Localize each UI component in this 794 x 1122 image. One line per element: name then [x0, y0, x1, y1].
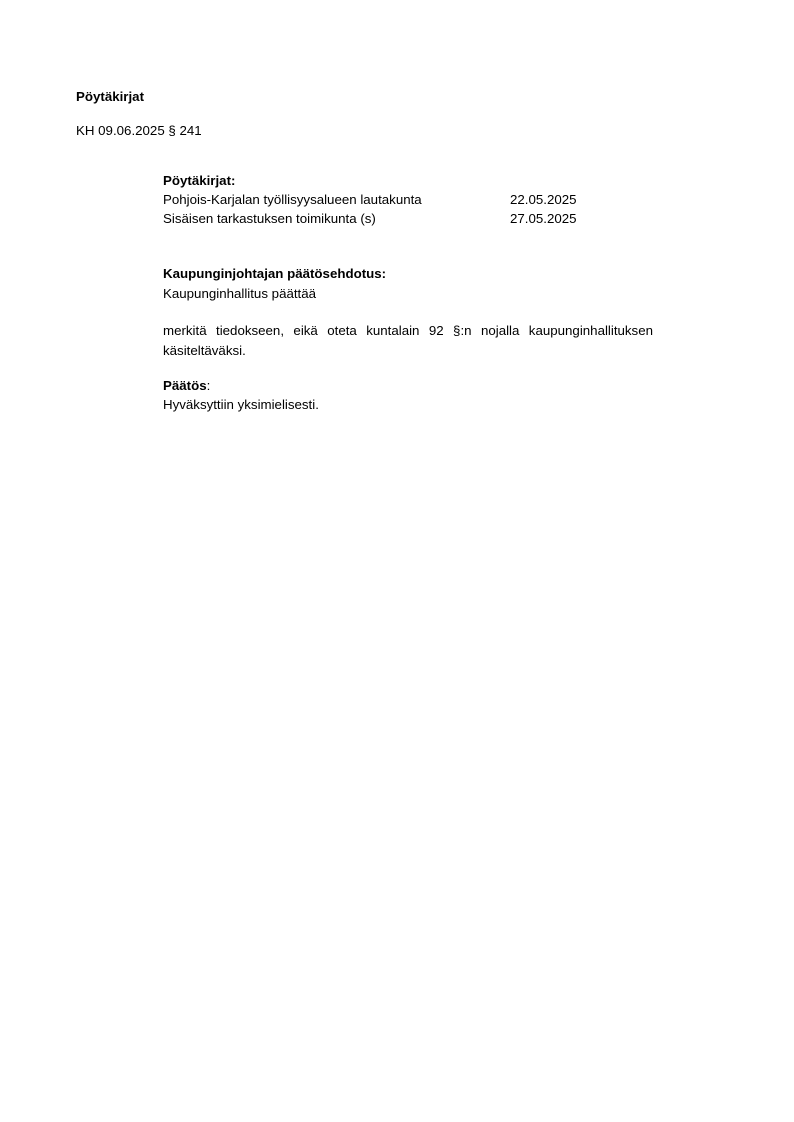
minutes-row-body: Pohjois-Karjalan työllisyysalueen lautak…	[163, 192, 422, 207]
proposal-intro: Kaupunginhallitus päättää	[163, 286, 316, 301]
minutes-row-date: 22.05.2025	[510, 192, 577, 207]
decision-heading: Päätös	[163, 378, 207, 393]
meeting-reference: KH 09.06.2025 § 241	[76, 123, 202, 138]
decision-text: Hyväksyttiin yksimielisesti.	[163, 397, 319, 412]
minutes-row-body: Sisäisen tarkastuksen toimikunta (s)	[163, 211, 376, 226]
proposal-text: merkitä tiedokseen, eikä oteta kuntalain…	[163, 321, 653, 361]
minutes-heading: Pöytäkirjat:	[163, 173, 235, 188]
minutes-row-date: 27.05.2025	[510, 211, 577, 226]
decision-heading-colon: :	[207, 378, 211, 393]
decision-heading-line: Päätös:	[163, 378, 210, 393]
proposal-heading: Kaupunginjohtajan päätösehdotus:	[163, 266, 386, 281]
document-title: Pöytäkirjat	[76, 89, 144, 104]
